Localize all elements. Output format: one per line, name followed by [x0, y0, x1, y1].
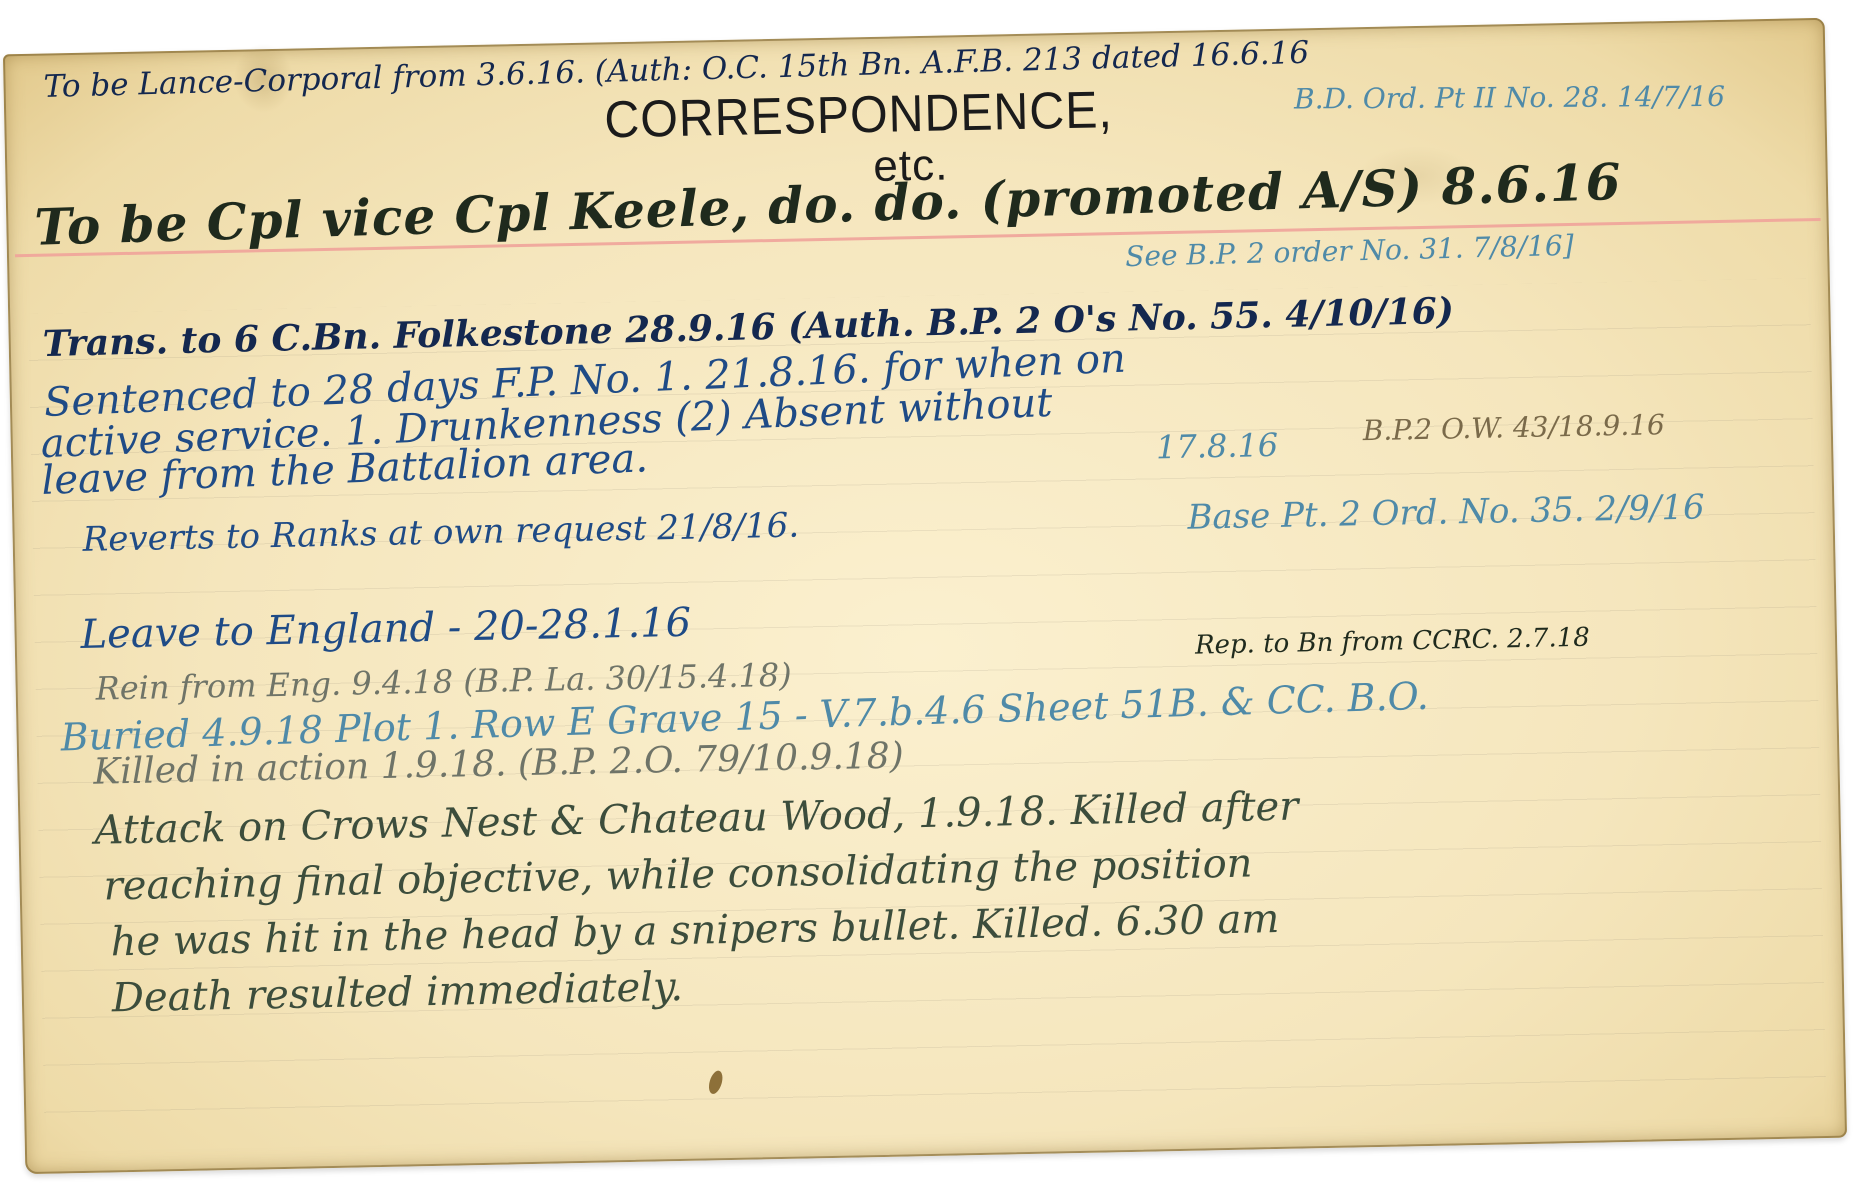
ink-blot [706, 1069, 724, 1095]
entry-narrative-line-2: reaching final objective, while consolid… [103, 843, 1253, 906]
entry-bp2-order-31: See B.P. 2 order No. 31. 7/8/16] [1125, 232, 1574, 271]
record-card: CORRESPONDENCE, etc. To be Lance-Corpora… [3, 18, 1847, 1174]
entry-narrative-line-1: Attack on Crows Nest & Chateau Wood, 1.9… [94, 787, 1299, 851]
entry-bd-order-28: B.D. Ord. Pt II No. 28. 14/7/16 [1294, 83, 1725, 114]
entry-leave-england: Leave to England - 20-28.1.16 [80, 603, 691, 655]
entry-narrative-line-3: he was hit in the head by a snipers bull… [110, 899, 1279, 962]
entry-reverts-ranks: Reverts to Ranks at own request 21/8/16. [82, 509, 799, 557]
entry-sentenced-ref: B.P.2 O.W. 43/18.9.16 [1362, 411, 1665, 445]
entry-sentenced-date: 17.8.16 [1156, 429, 1279, 463]
card-heading: CORRESPONDENCE, [604, 80, 1113, 150]
entry-reverts-ref: Base Pt. 2 Ord. No. 35. 2/9/16 [1187, 490, 1705, 534]
entry-narrative-line-4: Death resulted immediately. [112, 967, 684, 1018]
entry-rep-to-bn: Rep. to Bn from CCRC. 2.7.18 [1195, 625, 1590, 659]
